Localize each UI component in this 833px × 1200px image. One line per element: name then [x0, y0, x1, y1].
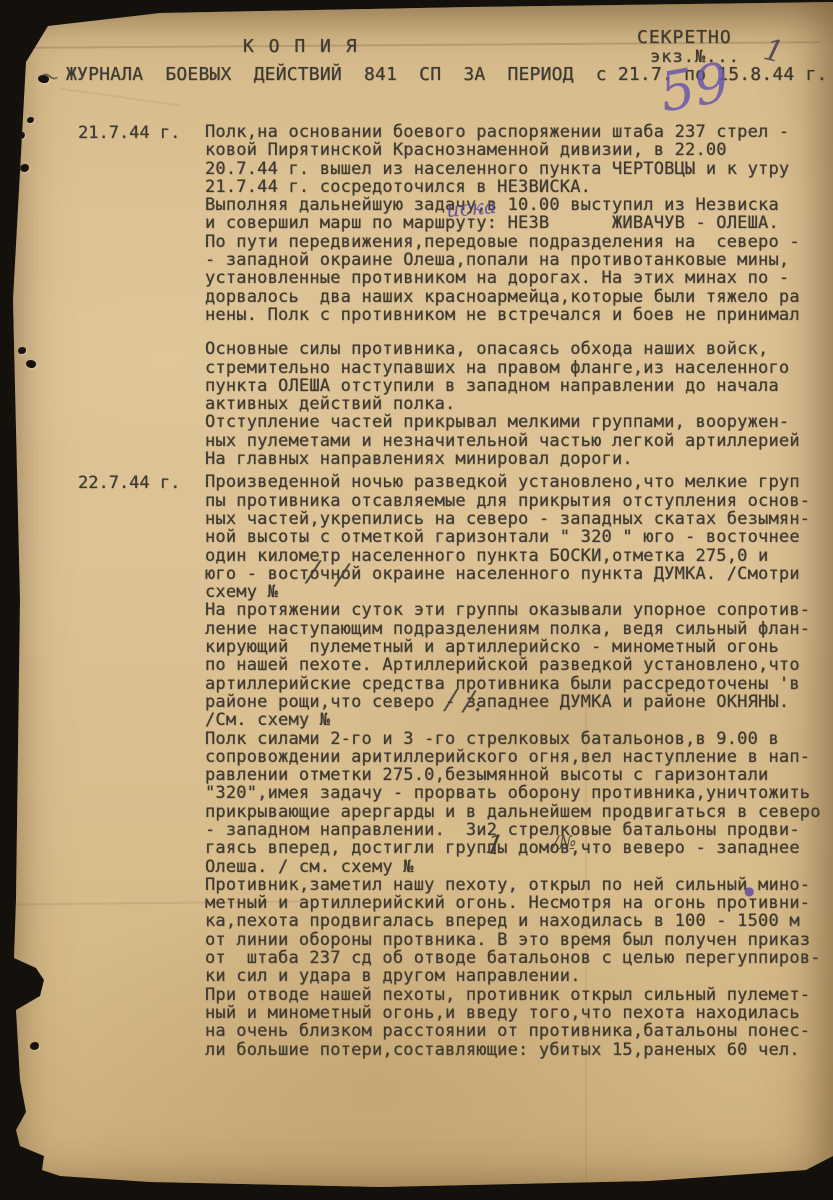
typed-line: ной высоты с отметкой гаризонтали " 320 … — [205, 528, 805, 546]
typed-line: Выполняя дальнейшую задачу,в 10.00 высту… — [205, 196, 805, 214]
typed-line: кирующий пулеметный и артиллерийско - ми… — [205, 638, 805, 656]
paragraph: Противник,заметил нашу пехоту, открыл по… — [205, 876, 805, 986]
typed-line: сопровождении аритиллерийского огня,вел … — [205, 748, 805, 766]
typed-line: пункта ОЛЕША отступили в западном направ… — [205, 377, 805, 395]
typed-line: ных пулеметами и незначительной частью л… — [205, 432, 805, 450]
typed-line: прикрывающие арергарды и в дальнейшем пр… — [205, 803, 805, 821]
paragraph: По пути передвижения,передовые подраздел… — [205, 233, 805, 324]
typed-line: Отступление частей прикрывал мелкими гру… — [205, 413, 805, 431]
typed-line: ка,пехота продвигалась вперед и находила… — [205, 912, 805, 930]
secrecy-label: СЕКРЕТНО — [637, 27, 732, 48]
typed-line: Олеша. / см. схему № — [205, 858, 805, 876]
paragraph: На протяжении суток эти группы оказывали… — [205, 601, 805, 729]
typed-line: стремительно наступавших на правом фланг… — [205, 359, 805, 377]
typed-line: ковой Пирятинской Краснознаменной дивизи… — [205, 141, 805, 159]
paragraph: Полк,на основании боевого распоряжении ш… — [205, 123, 805, 196]
typed-line: районе рощи,что северо - западнее ДУМКА … — [205, 693, 805, 711]
typed-line: На главных направлениях минировал дороги… — [205, 450, 805, 468]
typed-line: и совершил марш по маршруту: НЕЗВ ЖИВАЧУ… — [205, 214, 805, 232]
journal-entries: 21.7.44 г.Полк,на основании боевого расп… — [0, 123, 833, 1059]
paragraph: Полк силами 2-го и 3 -го стрелковых бата… — [205, 730, 805, 876]
typed-line: ный и минометный огонь,и введу того,что … — [205, 1004, 805, 1022]
typed-line: артиллерийские средства противника были … — [205, 675, 805, 693]
typed-line: гаясь вперед, достигли группы домов,что … — [205, 839, 805, 857]
typed-line: 20.7.44 г. вышел из населенного пункта Ч… — [205, 160, 805, 178]
typed-line: По пути передвижения,передовые подраздел… — [205, 233, 805, 251]
copy-label: К О П И Я — [243, 36, 359, 57]
typed-line: Полк силами 2-го и 3 -го стрелковых бата… — [205, 730, 805, 748]
journal-entry: 21.7.44 г.Полк,на основании боевого расп… — [0, 123, 805, 468]
crease-line — [60, 88, 179, 107]
typed-line: Основные силы противника, опасаясь обход… — [205, 340, 805, 358]
paragraph: Основные силы противника, опасаясь обход… — [205, 340, 805, 413]
typed-line: /См. схему № — [205, 711, 805, 729]
typed-line: на очень близком расстоянии от противник… — [205, 1022, 805, 1040]
document-title: ЖУРНАЛА БОЕВЫХ ДЕЙСТВИЙ 841 СП ЗА ПЕРИОД… — [66, 64, 828, 85]
paper-hole — [37, 74, 50, 85]
typed-line: от штаба 237 сд об отводе батальонов с ц… — [205, 949, 805, 967]
typed-line: Произведенной ночью разведкой установлен… — [205, 473, 805, 491]
typed-line: один километр населенного пункта БОСКИ,о… — [205, 547, 805, 565]
typed-line: активных действий полка. — [205, 395, 805, 413]
paragraph: Отступление частей прикрывал мелкими гру… — [205, 413, 805, 468]
typed-line: При отводе нашей пехоты, противник откры… — [205, 986, 805, 1004]
typed-line: юго - восточной окраине населенного пунк… — [205, 565, 805, 583]
paragraph: Выполняя дальнейшую задачу,в 10.00 высту… — [205, 196, 805, 233]
typed-line: пы противника отсавляемые для прикрытия … — [205, 492, 805, 510]
paragraph: При отводе нашей пехоты, противник откры… — [205, 986, 805, 1059]
typed-line: "320",имея задачу - прорвать оборону про… — [205, 784, 805, 802]
journal-entry: 22.7.44 г.Произведенной ночью разведкой … — [0, 473, 805, 1059]
typed-line: схему № — [205, 583, 805, 601]
typed-line: На протяжении суток эти группы оказывали… — [205, 601, 805, 619]
typed-line: - западной окраине Олеша,попали на проти… — [205, 251, 805, 269]
typed-line: дорвалось два наших красноармейца,которы… — [205, 288, 805, 306]
typed-line: ление наступающим подразделениям полка, … — [205, 620, 805, 638]
typed-line: от линии обороны протвника. В это время … — [205, 931, 805, 949]
typed-line: ных частей,укрепились на северо - западн… — [205, 510, 805, 528]
typed-line: нены. Полк с противником не встречался и… — [205, 306, 805, 324]
typed-line: метный и артиллерийский огонь. Несмотря … — [205, 894, 805, 912]
entry-date: 21.7.44 г. — [78, 123, 180, 143]
typed-line: равлении отметки 275.0,безымянной высоты… — [205, 766, 805, 784]
typed-line: - западном направлении. 3и2 стрелковые б… — [205, 821, 805, 839]
typed-line: ли большие потери,составляющие: убитых 1… — [205, 1041, 805, 1059]
paragraph: Произведенной ночью разведкой установлен… — [205, 473, 805, 601]
typed-line: Полк,на основании боевого распоряжении ш… — [205, 123, 805, 141]
typed-line: 21.7.44 г. сосредоточился в НЕЗВИСКА. — [205, 178, 805, 196]
entry-date: 22.7.44 г. — [78, 473, 180, 493]
typed-line: Противник,заметил нашу пехоту, открыл по… — [205, 876, 805, 894]
typed-line: установленные противником на дорогах. На… — [205, 269, 805, 287]
typed-line: ки сил и удара в другом направлении. — [205, 967, 805, 985]
typed-line: по нашей пехоте. Артиллерийской разведко… — [205, 656, 805, 674]
document-page: К О П И Я СЕКРЕТНО экз.№... ЖУРНАЛА БОЕВ… — [0, 0, 833, 1200]
